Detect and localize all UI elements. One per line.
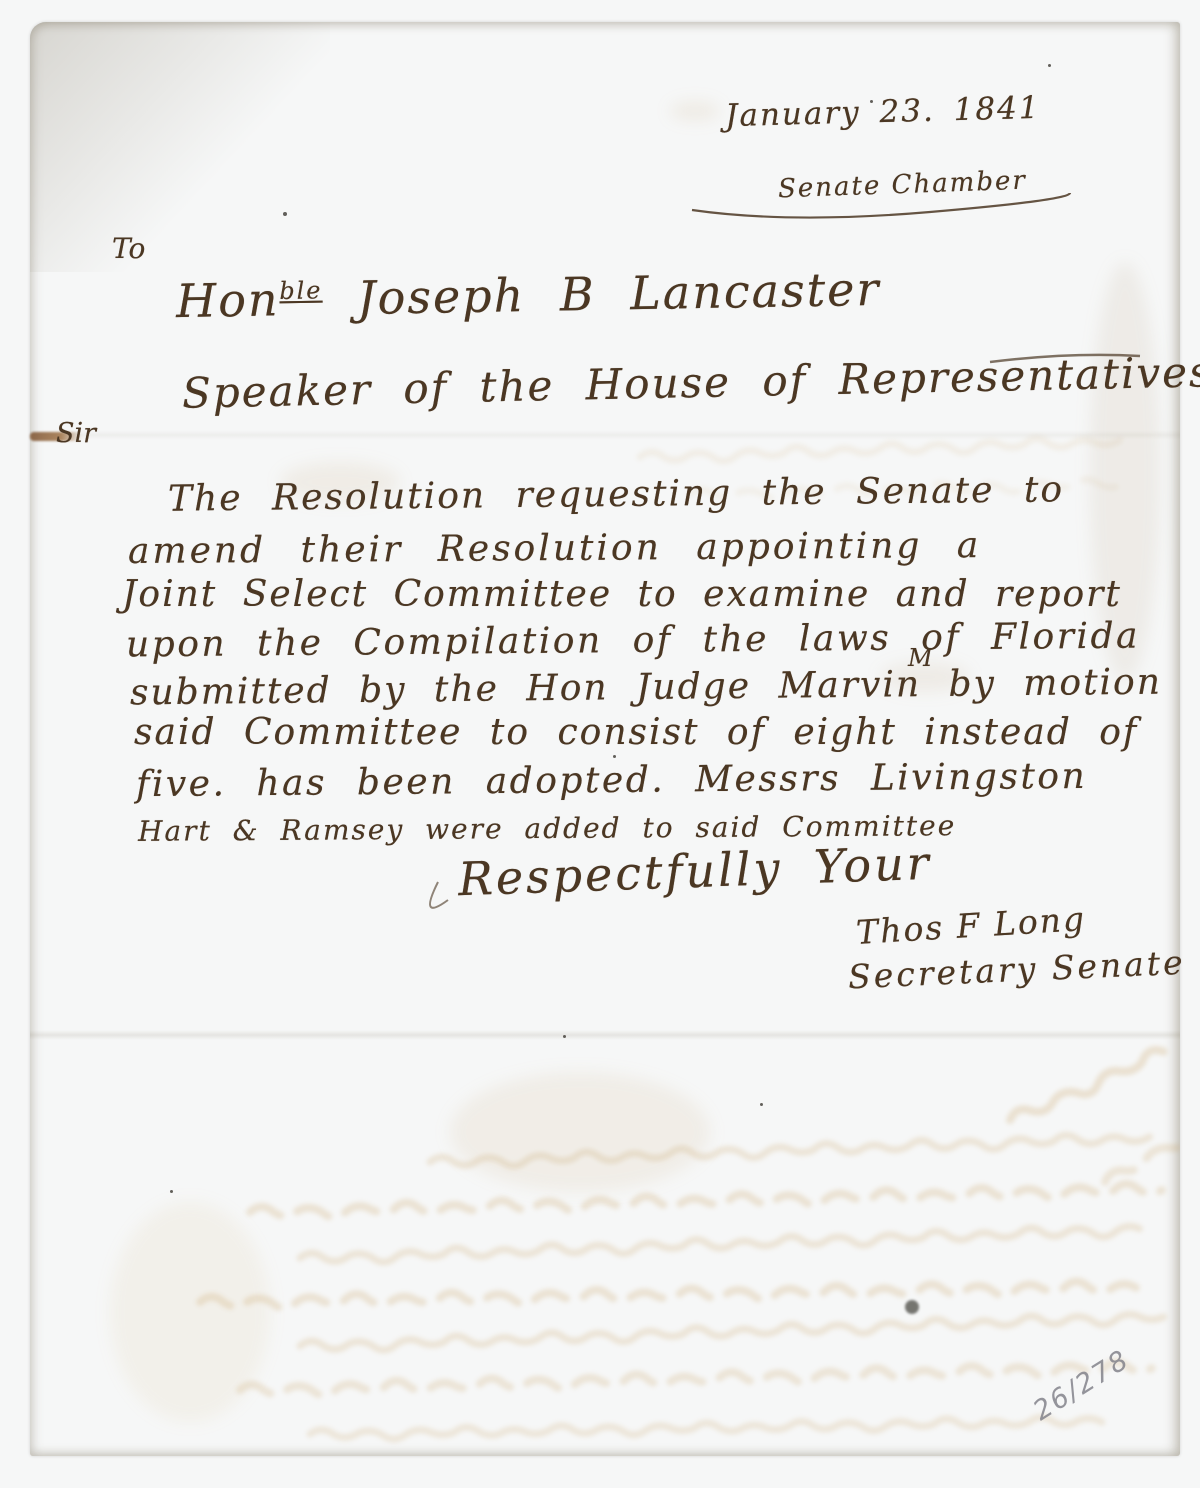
closing: Respectfully Your [457,836,932,907]
recipient-honorific-superscript: ble [279,276,323,305]
placeline: Senate Chamber [778,166,1028,205]
paper-stain [110,1202,270,1422]
paper-speck [760,1103,763,1106]
paper-stain [450,1072,710,1192]
body-line: five. has been adopted. Messrs Livingsto… [136,756,1088,805]
horizontal-fold-crease [30,1030,1180,1040]
recipient-line: Honble Joseph B Lancaster [176,262,881,328]
paper-speck [613,755,616,758]
paper-speck [283,212,287,216]
letter-page: January 23. 1841 Senate Chamber To Honbl… [30,22,1180,1456]
body-line: amend their Resolution appointing a [128,525,982,572]
horizontal-fold-crease-faint [30,430,1180,440]
fold-shadow-top-left [30,22,330,272]
body-line: The Resolution requesting the Senate to [168,469,1064,519]
body-line: upon the Compilation of the laws of Flor… [126,616,1140,666]
paper-stain [670,102,720,120]
salutation: Sir [56,418,96,449]
body-line: Joint Select Committee to examine and re… [122,574,1122,615]
recipient-name: Joseph B Lancaster [357,262,881,325]
paper-speck [905,1300,919,1314]
body-line: submitted by the Hon Judge Marvin by mot… [130,662,1162,714]
dateline: January 23. 1841 [725,90,1041,134]
paper-speck [1048,64,1051,67]
recipient-honorific: Hon [176,272,280,328]
signature: Thos F Long [855,899,1087,952]
body-line: said Committee to consist of eight inste… [134,712,1138,753]
paper-speck [170,1190,173,1193]
address-to: To [112,232,145,265]
pencil-archival-number: 26/278 [1028,1344,1135,1427]
recipient-title-line: Speaker of the House of Representatives [182,347,1200,418]
signature-title: Secretary Senate [847,943,1186,997]
scan-background: January 23. 1841 Senate Chamber To Honbl… [0,0,1200,1488]
